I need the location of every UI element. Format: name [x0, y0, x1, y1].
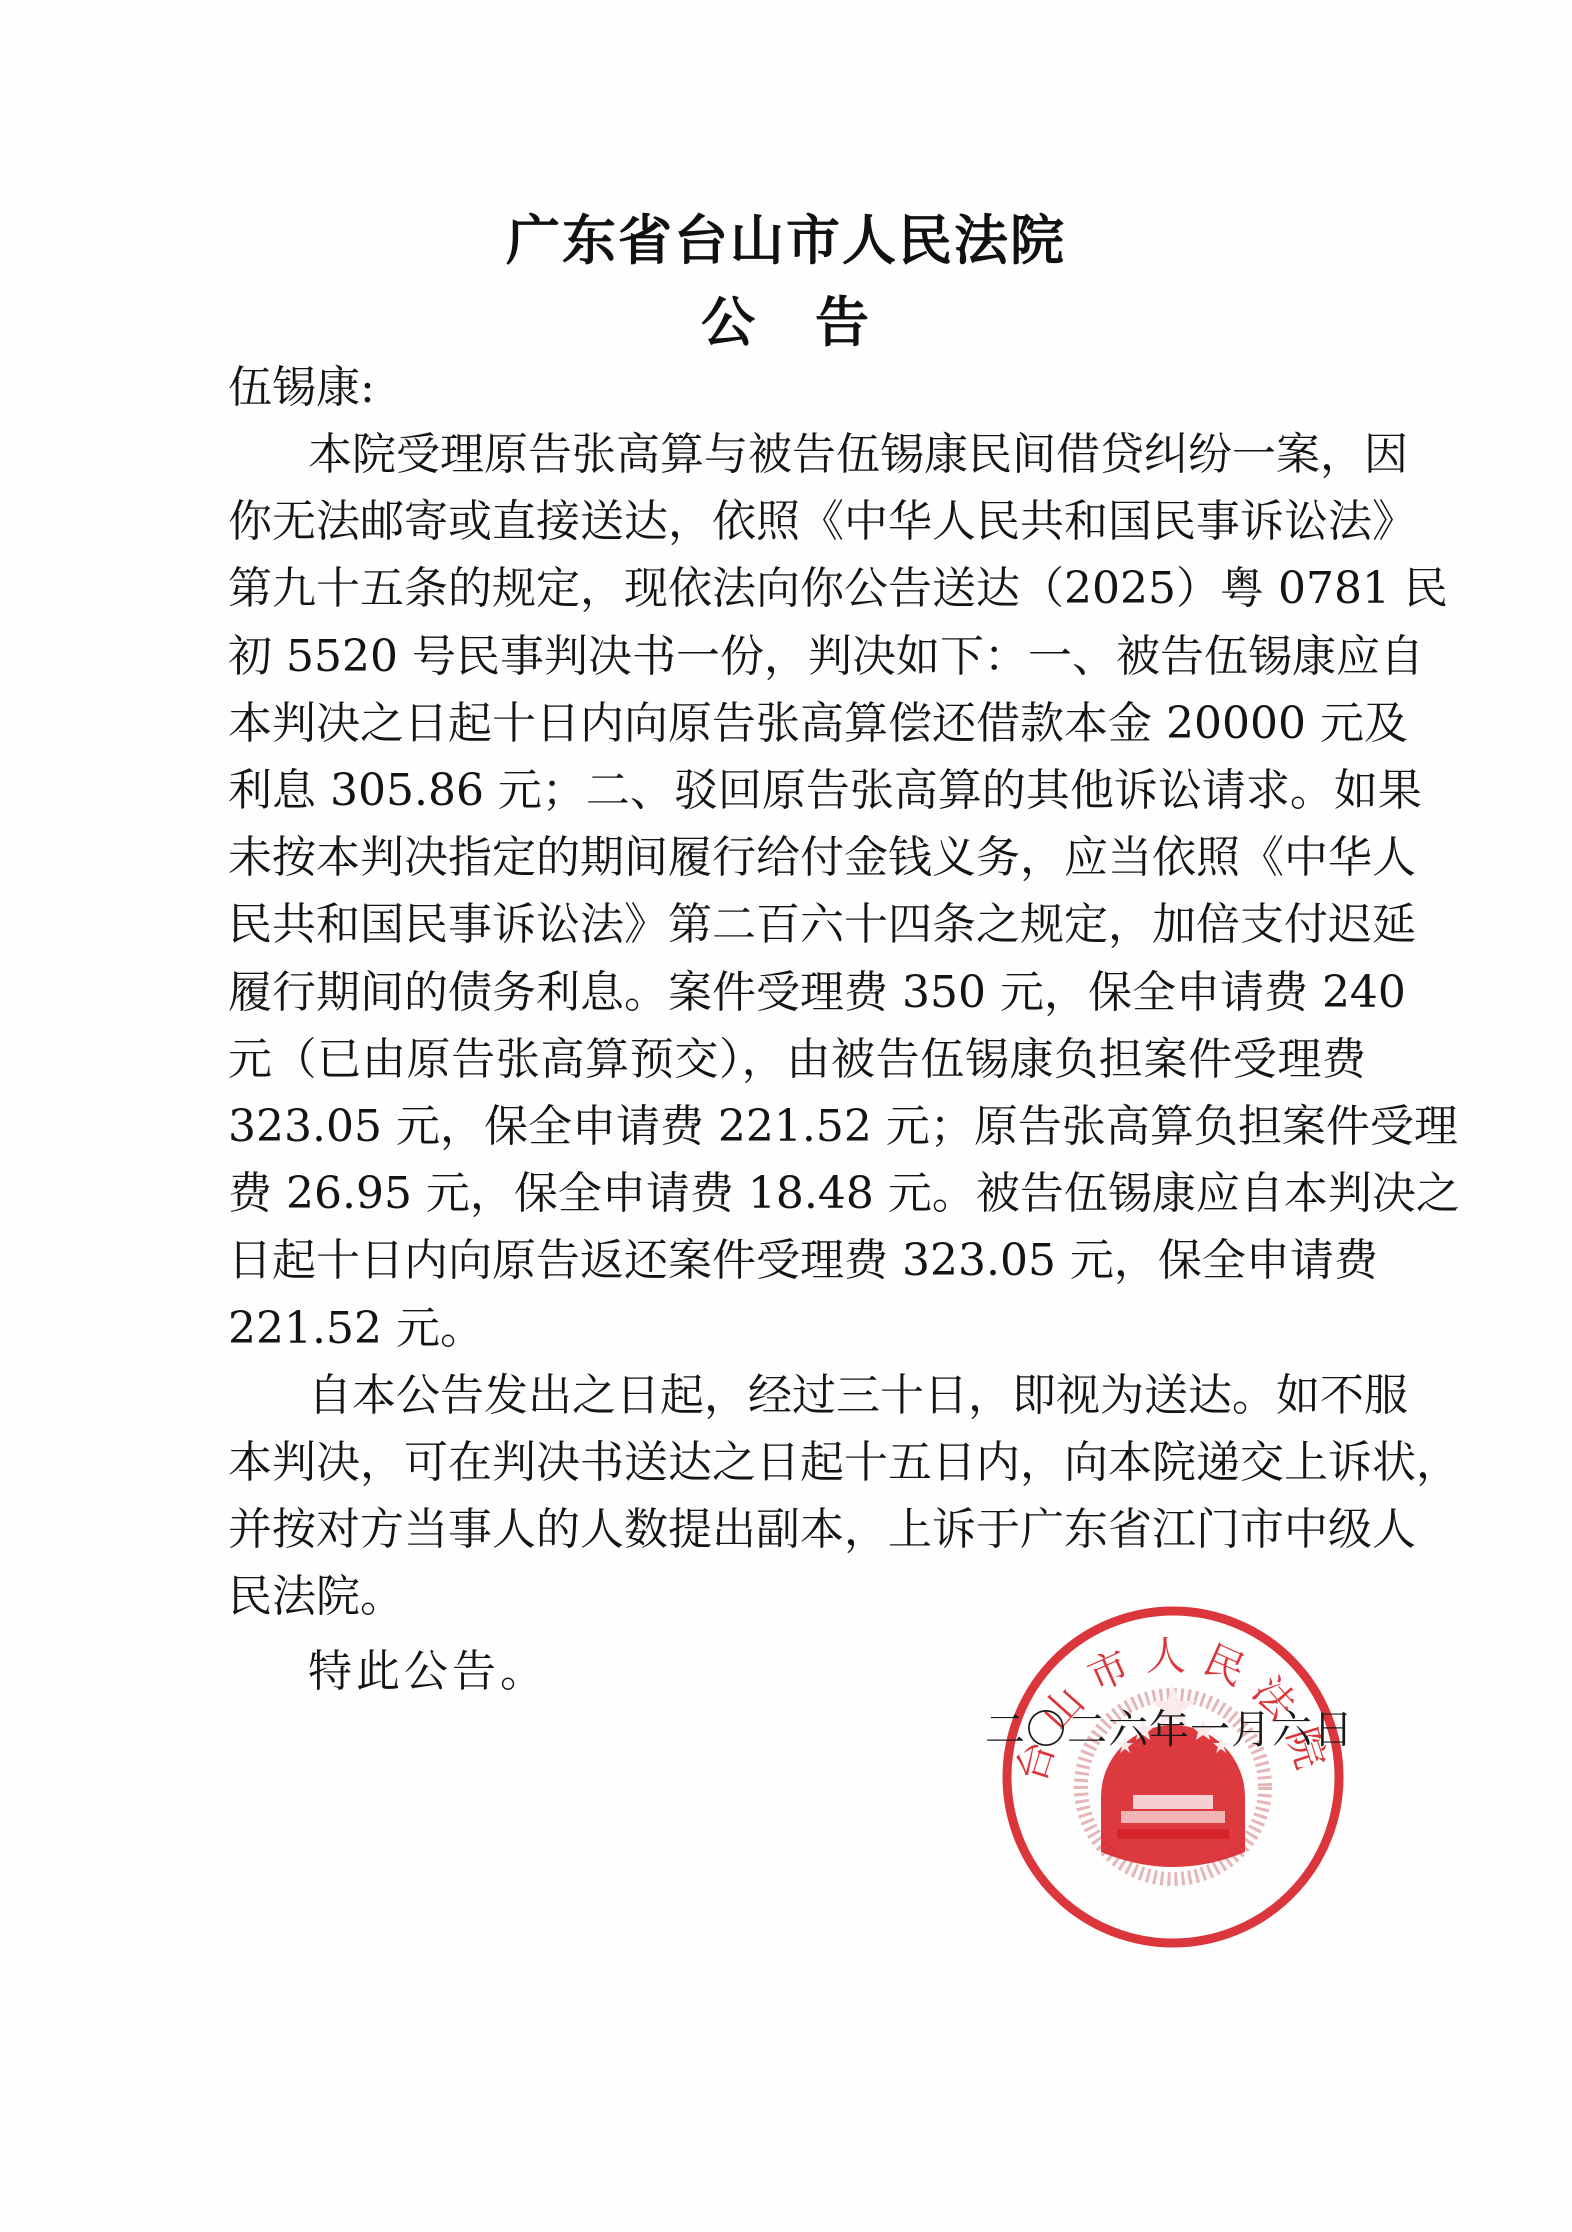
- doc-type-char-2: 告: [815, 291, 871, 354]
- addressee: 伍锡康:: [228, 358, 1366, 418]
- body-line: 本判决之日起十日内向原告张高算偿还借款本金 20000 元及: [228, 694, 1366, 754]
- body-line: 未按本判决指定的期间履行给付金钱义务，应当依照《中华人: [228, 828, 1366, 888]
- body-line: 221.52 元。: [228, 1299, 1366, 1359]
- body-line: 你无法邮寄或直接送达，依照《中华人民共和国民事诉讼法》: [228, 492, 1366, 552]
- body-line: 初 5520 号民事判决书一份，判决如下：一、被告伍锡康应自: [228, 627, 1366, 687]
- closing-statement: 特此公告。: [308, 1642, 548, 1702]
- body-line: 费 26.95 元，保全申请费 18.48 元。被告伍锡康应自本判决之: [228, 1164, 1366, 1224]
- body-line: 323.05 元，保全申请费 221.52 元；原告张高算负担案件受理: [228, 1097, 1366, 1157]
- body-line: 并按对方当事人的人数提出副本，上诉于广东省江门市中级人: [228, 1500, 1366, 1560]
- issuer-title: 广东省台山市人民法院: [0, 198, 1572, 275]
- issue-date: 二〇二六年一月六日: [985, 1700, 1354, 1760]
- body-line: 民共和国民事诉讼法》第二百六十四条之规定，加倍支付迟延: [228, 895, 1366, 955]
- notice-page: 广东省台山市人民法院 公告 伍锡康: 本院受理原告张高算与被告伍锡康民间借贷纠纷…: [0, 0, 1572, 2232]
- doc-type-char-1: 公: [701, 291, 757, 354]
- body-line: 元（已由原告张高算预交），由被告伍锡康负担案件受理费: [228, 1030, 1366, 1090]
- body-line: 本院受理原告张高算与被告伍锡康民间借贷纠纷一案，因: [308, 425, 1366, 485]
- court-seal-icon: 台山市人民法院: [993, 1597, 1353, 1957]
- body-line: 第九十五条的规定，现依法向你公告送达（2025）粤 0781 民: [228, 559, 1366, 619]
- body-line: 履行期间的债务利息。案件受理费 350 元，保全申请费 240: [228, 963, 1366, 1023]
- body-line: 本判决，可在判决书送达之日起十五日内，向本院递交上诉状，: [228, 1433, 1366, 1493]
- body-line: 利息 305.86 元；二、驳回原告张高算的其他诉讼请求。如果: [228, 761, 1366, 821]
- body-line: 日起十日内向原告返还案件受理费 323.05 元，保全申请费: [228, 1231, 1366, 1291]
- document-type-title: 公告: [0, 280, 1572, 357]
- body-line: 自本公告发出之日起，经过三十日，即视为送达。如不服: [308, 1366, 1366, 1426]
